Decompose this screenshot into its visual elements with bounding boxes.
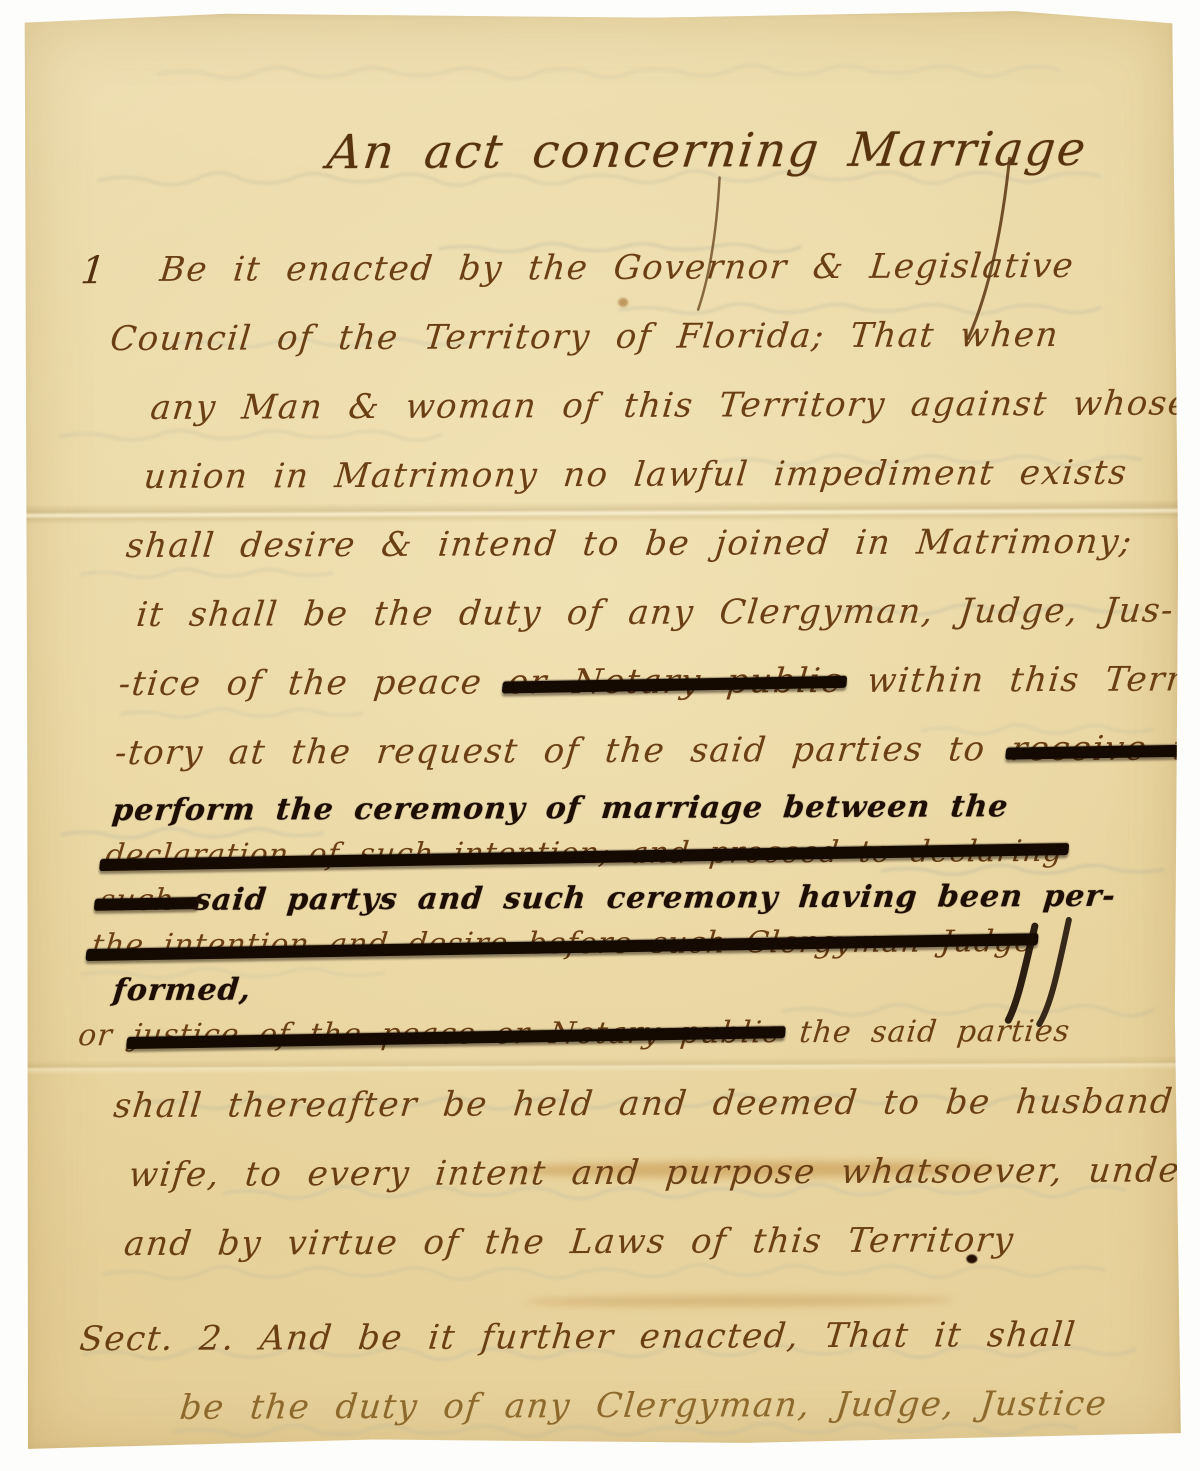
struck-out-text: such: [98, 883, 196, 918]
manuscript-paper: An act concerning Marriage 1Be it enacte…: [19, 7, 1183, 1452]
handwritten-text: formed,: [111, 973, 253, 1009]
manuscript-text-layer: An act concerning Marriage 1Be it enacte…: [19, 7, 1183, 1452]
manuscript-line: such said partys and such ceremony havin…: [75, 873, 1183, 923]
manuscript-line: wife, to every intent and purpose whatso…: [75, 1136, 1183, 1210]
handwritten-text: wife, to every intent and purpose whatso…: [127, 1150, 1183, 1195]
manuscript-line: 1Be it enacted by the Governor & Legisla…: [72, 231, 1182, 305]
handwritten-text: shall desire & intend to be joined in Ma…: [124, 522, 1135, 566]
handwritten-text: it shall be the duty of any Clergyman, J…: [135, 590, 1177, 635]
handwritten-text: shall thereafter be held and deemed to b…: [112, 1081, 1183, 1126]
handwritten-text: and by virtue of the Laws of this Territ…: [122, 1220, 1016, 1264]
manuscript-line: Sect. 2. And be it further enacted, That…: [76, 1300, 1183, 1374]
manuscript-line: -tory at the request of the said parties…: [74, 714, 1184, 788]
struck-out-text: or Notary public: [506, 661, 844, 702]
handwritten-text: perform the ceremony of marriage between…: [111, 789, 1011, 828]
handwritten-text: said partys and such ceremony having bee…: [192, 879, 1117, 918]
handwritten-text: -tory at the request of the said parties…: [113, 729, 1013, 773]
handwritten-text: any Man & woman of this Territory agains…: [149, 383, 1184, 428]
handwritten-text: union in Matrimony no lawful impediment …: [142, 453, 1130, 497]
struck-out-text: the intention and desire before such Cle…: [90, 924, 1035, 963]
manuscript-line: be the duty of any Clergyman, Judge, Jus…: [76, 1369, 1183, 1443]
handwritten-text: or: [77, 1018, 134, 1053]
manuscript-line: shall desire & intend to be joined in Ma…: [73, 507, 1183, 581]
manuscript-line: the intention and desire before such Cle…: [76, 918, 1183, 968]
handwritten-text: Sect. 2. And be it further enacted, That…: [78, 1315, 1079, 1359]
struck-out-text: justice of the peace or Notary public: [131, 1015, 782, 1053]
manuscript-line: Council of the Territory of Florida; Tha…: [72, 300, 1182, 374]
handwritten-text: -tice of the peace: [117, 662, 510, 704]
manuscript-line: declaration of such intention; and proce…: [75, 828, 1183, 878]
manuscript-line: union in Matrimony no lawful impediment …: [72, 438, 1182, 512]
document-title: An act concerning Marriage: [321, 93, 1183, 209]
struck-out-text: receive this: [1009, 728, 1183, 769]
handwritten-text: within this Terri-: [840, 659, 1183, 701]
document-scan: An act concerning Marriage 1Be it enacte…: [0, 0, 1200, 1471]
handwritten-text: be the duty of any Clergyman, Judge, Jus…: [178, 1384, 1109, 1428]
section-margin-number: 1: [78, 236, 111, 305]
manuscript-line: shall thereafter be held and deemed to b…: [75, 1067, 1183, 1141]
manuscript-line: perform the ceremony of marriage between…: [75, 783, 1183, 833]
manuscript-line: formed,: [76, 963, 1183, 1013]
manuscript-line: or justice of the peace or Notary public…: [76, 1008, 1183, 1058]
handwritten-text: Council of the Territory of Florida; Tha…: [108, 315, 1061, 359]
struck-out-text: declaration of such intention; and proce…: [104, 834, 1065, 873]
manuscript-line: it shall be the duty of any Clergyman, J…: [73, 576, 1183, 650]
handwritten-text: the said parties: [778, 1014, 1072, 1050]
manuscript-lines: 1Be it enacted by the Governor & Legisla…: [20, 231, 1183, 1443]
manuscript-line: any Man & woman of this Territory agains…: [72, 369, 1182, 443]
manuscript-line: and by virtue of the Laws of this Territ…: [76, 1205, 1183, 1279]
handwritten-text: Be it enacted by the Governor & Legislat…: [158, 246, 1076, 290]
manuscript-line: -tice of the peace or Notary public with…: [73, 645, 1183, 719]
